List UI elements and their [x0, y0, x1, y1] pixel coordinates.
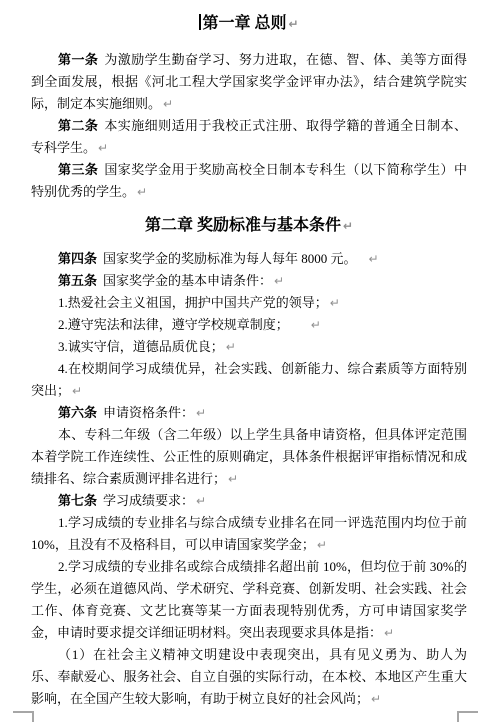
article-6-text: 申请资格条件： [103, 405, 194, 420]
article-1-label: 第一条 [58, 52, 98, 67]
paragraph-mark-icon: ↵ [330, 296, 340, 310]
article-2-paragraph[interactable]: 第二条本实施细则适用于我校正式注册、取得学籍的普通全日制本、专科学生。↵ [31, 115, 467, 159]
text-boundary-corner-left-icon [13, 711, 34, 722]
outstanding-performance-item-1[interactable]: （1）在社会主义精神文明建设中表现突出，具有见义勇为、助人为乐、奉献爱心、服务社… [31, 644, 467, 710]
chapter-2-heading[interactable]: 第二章 奖励标准与基本条件↵ [31, 214, 467, 238]
paragraph-mark-icon: ↵ [228, 472, 238, 486]
paragraph-mark-icon: ↵ [288, 17, 298, 31]
article-6-label: 第六条 [58, 405, 97, 420]
article-7-paragraph[interactable]: 第七条学习成绩要求：↵ [31, 490, 467, 512]
article-7-text: 学习成绩要求： [103, 493, 194, 508]
outstanding-performance-item-1-text: （1）在社会主义精神文明建设中表现突出，具有见义勇为、助人为乐、奉献爱心、服务社… [31, 647, 467, 706]
paragraph-mark-icon: ↵ [317, 538, 327, 552]
grade-item-1[interactable]: 1.学习成绩的专业排名与综合成绩专业排名在同一评选范围内均位于前 10%，且没有… [31, 512, 467, 556]
chapter-2-heading-text: 第二章 奖励标准与基本条件 [145, 217, 341, 234]
paragraph-mark-icon: ↵ [343, 219, 353, 233]
chapter-1-heading[interactable]: 第一章 总则↵ [31, 12, 467, 36]
paragraph-mark-icon: ↵ [163, 97, 173, 111]
article-3-paragraph[interactable]: 第三条国家奖学金用于奖励高校全日制本专科生（以下简称学生）中特别优秀的学生。↵ [31, 159, 467, 203]
chapter-1-heading-text: 第一章 总则 [202, 15, 286, 32]
paragraph-mark-icon: ↵ [137, 185, 147, 199]
paragraph-mark-icon: ↵ [274, 274, 284, 288]
paragraph-mark-icon: ↵ [371, 692, 381, 706]
document-page[interactable]: 第一章 总则↵ 第一条为激励学生勤奋学习、努力进取，在德、智、体、美等方面得到全… [31, 12, 467, 710]
article-6-paragraph[interactable]: 第六条申请资格条件：↵ [31, 402, 467, 424]
article-1-paragraph[interactable]: 第一条为激励学生勤奋学习、努力进取，在德、智、体、美等方面得到全面发展，根据《河… [31, 49, 467, 115]
text-boundary-corner-right-icon [457, 711, 478, 722]
article-5-paragraph[interactable]: 第五条国家奖学金的基本申请条件：↵ [31, 270, 467, 292]
grade-item-2[interactable]: 2.学习成绩的专业排名或综合成绩排名超出前 10%，但均位于前 30%的学生，必… [31, 556, 467, 644]
article-4-text: 国家奖学金的奖励标准为每人每年 8000 元。 [103, 251, 357, 266]
condition-item-3-text: 3.诚实守信，道德品质优良； [58, 339, 224, 354]
paragraph-mark-icon: ↵ [384, 626, 394, 640]
grade-item-2-text: 2.学习成绩的专业排名或综合成绩排名超出前 10%，但均位于前 30%的学生，必… [31, 559, 467, 640]
paragraph-mark-icon: ↵ [196, 494, 206, 508]
condition-item-1-text: 1.热爱社会主义祖国，拥护中国共产党的领导； [58, 295, 328, 310]
condition-item-2-text: 2.遵守宪法和法律，遵守学校规章制度； [58, 317, 289, 332]
paragraph-mark-icon: ↵ [72, 384, 82, 398]
condition-item-3[interactable]: 3.诚实守信，道德品质优良；↵ [31, 336, 467, 358]
condition-item-2[interactable]: 2.遵守宪法和法律，遵守学校规章制度；↵ [31, 314, 467, 336]
paragraph-mark-icon: ↵ [98, 141, 108, 155]
condition-item-1[interactable]: 1.热爱社会主义祖国，拥护中国共产党的领导；↵ [31, 292, 467, 314]
condition-item-4[interactable]: 4.在校期间学习成绩优异，社会实践、创新能力、综合素质等方面特别突出；↵ [31, 358, 467, 402]
article-4-paragraph[interactable]: 第四条国家奖学金的奖励标准为每人每年 8000 元。↵ [31, 248, 467, 270]
paragraph-mark-icon: ↵ [369, 252, 379, 266]
grade-item-1-text: 1.学习成绩的专业排名与综合成绩专业排名在同一评选范围内均位于前 10%，且没有… [31, 515, 467, 552]
article-6-body-paragraph[interactable]: 本、专科二年级（含二年级）以上学生具备申请资格，但具体评定范围本着学院工作连续性… [31, 424, 467, 490]
paragraph-mark-icon: ↵ [196, 406, 206, 420]
article-5-text: 国家奖学金的基本申请条件： [103, 273, 272, 288]
article-2-label: 第二条 [58, 118, 98, 133]
article-3-label: 第三条 [58, 162, 98, 177]
condition-item-4-text: 4.在校期间学习成绩优异，社会实践、创新能力、综合素质等方面特别突出； [31, 361, 467, 398]
paragraph-mark-icon: ↵ [311, 318, 321, 332]
paragraph-mark-icon: ↵ [226, 340, 236, 354]
article-5-label: 第五条 [58, 273, 97, 288]
article-4-label: 第四条 [58, 251, 97, 266]
article-6-body-text: 本、专科二年级（含二年级）以上学生具备申请资格，但具体评定范围本着学院工作连续性… [31, 427, 467, 486]
article-7-label: 第七条 [58, 493, 97, 508]
